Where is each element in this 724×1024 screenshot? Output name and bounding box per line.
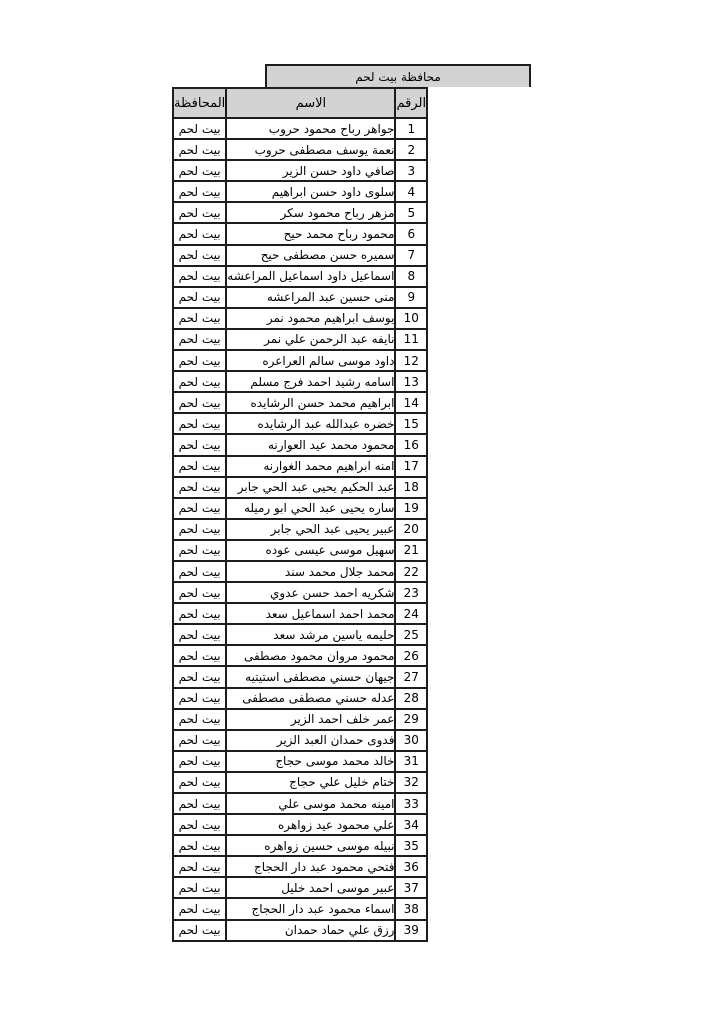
table-row: 26محمود مروان محمود مصطفىبيت لحم xyxy=(173,645,427,666)
column-header-number: الرقم xyxy=(395,88,427,118)
row-governorate: بيت لحم xyxy=(173,371,226,392)
row-name: عبير يحيى عبد الحي جابر xyxy=(226,519,395,540)
table-row: 27جيهان حسني مصطفى استيتيهبيت لحم xyxy=(173,666,427,687)
row-governorate: بيت لحم xyxy=(173,856,226,877)
row-number: 25 xyxy=(395,624,427,645)
row-name: محمد جلال محمد سند xyxy=(226,561,395,582)
row-number: 5 xyxy=(395,202,427,223)
row-number: 29 xyxy=(395,709,427,730)
row-name: اسماعيل داود اسماعيل المراعشه xyxy=(226,266,395,287)
row-number: 15 xyxy=(395,413,427,434)
row-name: مزهر رباح محمود سكر xyxy=(226,202,395,223)
row-name: جواهر رباح محمود حروب xyxy=(226,118,395,139)
row-number: 8 xyxy=(395,266,427,287)
row-number: 20 xyxy=(395,519,427,540)
names-table: الرقم الاسم المحافظة 1جواهر رباح محمود ح… xyxy=(172,87,428,942)
table-row: 13اسامه رشيد احمد فرج مسلمبيت لحم xyxy=(173,371,427,392)
row-name: رزق علي حماد حمدان xyxy=(226,920,395,941)
row-governorate: بيت لحم xyxy=(173,350,226,371)
table-row: 22محمد جلال محمد سندبيت لحم xyxy=(173,561,427,582)
row-number: 9 xyxy=(395,287,427,308)
row-name: محمود مروان محمود مصطفى xyxy=(226,645,395,666)
row-number: 19 xyxy=(395,498,427,519)
row-name: فدوى حمدان العبد الزير xyxy=(226,730,395,751)
row-name: عبير موسى احمد خليل xyxy=(226,877,395,898)
table-row: 14ابراهيم محمد حسن الرشايدهبيت لحم xyxy=(173,392,427,413)
table-row: 36فتحي محمود عبد دار الحجاجبيت لحم xyxy=(173,856,427,877)
row-number: 38 xyxy=(395,898,427,919)
row-name: سلوى داود حسن ابراهيم xyxy=(226,181,395,202)
row-governorate: بيت لحم xyxy=(173,519,226,540)
row-name: نبيله موسى حسين زواهره xyxy=(226,835,395,856)
row-governorate: بيت لحم xyxy=(173,202,226,223)
table-row: 23شكريه احمد حسن عدويبيت لحم xyxy=(173,582,427,603)
row-name: محمود رباح محمد حيح xyxy=(226,223,395,244)
row-number: 1 xyxy=(395,118,427,139)
row-governorate: بيت لحم xyxy=(173,392,226,413)
row-governorate: بيت لحم xyxy=(173,688,226,709)
table-row: 4سلوى داود حسن ابراهيمبيت لحم xyxy=(173,181,427,202)
row-governorate: بيت لحم xyxy=(173,118,226,139)
row-name: محمد احمد اسماعيل سعد xyxy=(226,603,395,624)
table-row: 32ختام خليل علي حجاجبيت لحم xyxy=(173,772,427,793)
row-number: 35 xyxy=(395,835,427,856)
row-name: امنه ابراهيم محمد الغوارنه xyxy=(226,456,395,477)
row-governorate: بيت لحم xyxy=(173,603,226,624)
row-number: 37 xyxy=(395,877,427,898)
row-governorate: بيت لحم xyxy=(173,624,226,645)
row-governorate: بيت لحم xyxy=(173,160,226,181)
row-number: 32 xyxy=(395,772,427,793)
row-name: داود موسى سالم العراعره xyxy=(226,350,395,371)
row-name: سميره حسن مصطفى حيح xyxy=(226,245,395,266)
row-governorate: بيت لحم xyxy=(173,181,226,202)
table-row: 17امنه ابراهيم محمد الغوارنهبيت لحم xyxy=(173,456,427,477)
row-number: 23 xyxy=(395,582,427,603)
table-row: 34علي محمود عيد زواهرهبيت لحم xyxy=(173,814,427,835)
table-row: 18عبد الحكيم يحيى عبد الحي جابربيت لحم xyxy=(173,477,427,498)
row-name: ختام خليل علي حجاج xyxy=(226,772,395,793)
row-governorate: بيت لحم xyxy=(173,645,226,666)
table-header-row: الرقم الاسم المحافظة xyxy=(173,88,427,118)
row-name: اسماء محمود عبد دار الحجاج xyxy=(226,898,395,919)
table-row: 29عمر خلف احمد الزيربيت لحم xyxy=(173,709,427,730)
row-number: 30 xyxy=(395,730,427,751)
row-governorate: بيت لحم xyxy=(173,877,226,898)
row-name: سهيل موسى عيسى عوده xyxy=(226,540,395,561)
row-governorate: بيت لحم xyxy=(173,835,226,856)
row-name: خضره عبدالله عبد الرشايده xyxy=(226,413,395,434)
table-row: 16محمود محمد عيد العوارنهبيت لحم xyxy=(173,434,427,455)
row-governorate: بيت لحم xyxy=(173,308,226,329)
row-name: علي محمود عيد زواهره xyxy=(226,814,395,835)
row-governorate: بيت لحم xyxy=(173,456,226,477)
table-row: 28عدله حسني مصطفى مصطفىبيت لحم xyxy=(173,688,427,709)
row-name: صافي داود حسن الزير xyxy=(226,160,395,181)
row-governorate: بيت لحم xyxy=(173,223,226,244)
row-governorate: بيت لحم xyxy=(173,287,226,308)
row-number: 33 xyxy=(395,793,427,814)
row-name: عبد الحكيم يحيى عبد الحي جابر xyxy=(226,477,395,498)
row-governorate: بيت لحم xyxy=(173,329,226,350)
row-name: عدله حسني مصطفى مصطفى xyxy=(226,688,395,709)
column-header-governorate: المحافظة xyxy=(173,88,226,118)
row-name: فتحي محمود عبد دار الحجاج xyxy=(226,856,395,877)
table-row: 33امينه محمد موسى عليبيت لحم xyxy=(173,793,427,814)
table-row: 21سهيل موسى عيسى عودهبيت لحم xyxy=(173,540,427,561)
table-row: 9منى حسين عبد المراعشهبيت لحم xyxy=(173,287,427,308)
row-governorate: بيت لحم xyxy=(173,540,226,561)
row-name: محمود محمد عيد العوارنه xyxy=(226,434,395,455)
row-governorate: بيت لحم xyxy=(173,751,226,772)
row-name: ساره يحيى عبد الحي ابو رميله xyxy=(226,498,395,519)
row-name: امينه محمد موسى علي xyxy=(226,793,395,814)
row-number: 21 xyxy=(395,540,427,561)
row-governorate: بيت لحم xyxy=(173,582,226,603)
row-name: ابراهيم محمد حسن الرشايده xyxy=(226,392,395,413)
row-number: 14 xyxy=(395,392,427,413)
table-title-cell: محافظة بيت لحم xyxy=(265,64,531,87)
row-number: 3 xyxy=(395,160,427,181)
row-number: 7 xyxy=(395,245,427,266)
row-governorate: بيت لحم xyxy=(173,245,226,266)
row-governorate: بيت لحم xyxy=(173,139,226,160)
row-number: 28 xyxy=(395,688,427,709)
table-row: 1جواهر رباح محمود حروببيت لحم xyxy=(173,118,427,139)
table-row: 24محمد احمد اسماعيل سعدبيت لحم xyxy=(173,603,427,624)
table-row: 39رزق علي حماد حمدانبيت لحم xyxy=(173,920,427,941)
row-governorate: بيت لحم xyxy=(173,814,226,835)
row-governorate: بيت لحم xyxy=(173,709,226,730)
row-number: 10 xyxy=(395,308,427,329)
table-row: 10يوسف ابراهيم محمود نمربيت لحم xyxy=(173,308,427,329)
row-governorate: بيت لحم xyxy=(173,266,226,287)
row-number: 26 xyxy=(395,645,427,666)
row-number: 16 xyxy=(395,434,427,455)
row-number: 6 xyxy=(395,223,427,244)
table-row: 19ساره يحيى عبد الحي ابو رميلهبيت لحم xyxy=(173,498,427,519)
table-row: 11نايفه عبد الرحمن علي نمربيت لحم xyxy=(173,329,427,350)
row-number: 13 xyxy=(395,371,427,392)
row-number: 31 xyxy=(395,751,427,772)
table-row: 30فدوى حمدان العبد الزيربيت لحم xyxy=(173,730,427,751)
row-governorate: بيت لحم xyxy=(173,920,226,941)
row-governorate: بيت لحم xyxy=(173,898,226,919)
row-name: حليمه ياسين مرشد سعد xyxy=(226,624,395,645)
table-row: 12داود موسى سالم العراعرهبيت لحم xyxy=(173,350,427,371)
row-number: 39 xyxy=(395,920,427,941)
table-row: 2نعمة يوسف مصطفى حروببيت لحم xyxy=(173,139,427,160)
row-number: 4 xyxy=(395,181,427,202)
table-row: 25حليمه ياسين مرشد سعدبيت لحم xyxy=(173,624,427,645)
row-number: 2 xyxy=(395,139,427,160)
row-number: 22 xyxy=(395,561,427,582)
row-governorate: بيت لحم xyxy=(173,561,226,582)
table-row: 8اسماعيل داود اسماعيل المراعشهبيت لحم xyxy=(173,266,427,287)
row-name: نايفه عبد الرحمن علي نمر xyxy=(226,329,395,350)
row-number: 18 xyxy=(395,477,427,498)
row-number: 27 xyxy=(395,666,427,687)
row-governorate: بيت لحم xyxy=(173,730,226,751)
row-name: يوسف ابراهيم محمود نمر xyxy=(226,308,395,329)
row-name: عمر خلف احمد الزير xyxy=(226,709,395,730)
row-number: 17 xyxy=(395,456,427,477)
table-row: 37عبير موسى احمد خليلبيت لحم xyxy=(173,877,427,898)
row-number: 36 xyxy=(395,856,427,877)
row-name: اسامه رشيد احمد فرج مسلم xyxy=(226,371,395,392)
row-number: 34 xyxy=(395,814,427,835)
table-row: 7سميره حسن مصطفى حيحبيت لحم xyxy=(173,245,427,266)
row-governorate: بيت لحم xyxy=(173,793,226,814)
row-number: 11 xyxy=(395,329,427,350)
row-name: نعمة يوسف مصطفى حروب xyxy=(226,139,395,160)
table-body: 1جواهر رباح محمود حروببيت لحم2نعمة يوسف … xyxy=(173,118,427,941)
table-row: 35نبيله موسى حسين زواهرهبيت لحم xyxy=(173,835,427,856)
table-row: 20عبير يحيى عبد الحي جابربيت لحم xyxy=(173,519,427,540)
row-number: 24 xyxy=(395,603,427,624)
table-row: 6محمود رباح محمد حيحبيت لحم xyxy=(173,223,427,244)
row-name: منى حسين عبد المراعشه xyxy=(226,287,395,308)
row-governorate: بيت لحم xyxy=(173,434,226,455)
table-row: 5مزهر رباح محمود سكربيت لحم xyxy=(173,202,427,223)
table-row: 31خالد محمد موسى حجاجبيت لحم xyxy=(173,751,427,772)
row-number: 12 xyxy=(395,350,427,371)
row-governorate: بيت لحم xyxy=(173,498,226,519)
row-name: شكريه احمد حسن عدوي xyxy=(226,582,395,603)
row-governorate: بيت لحم xyxy=(173,477,226,498)
row-name: جيهان حسني مصطفى استيتيه xyxy=(226,666,395,687)
table-row: 15خضره عبدالله عبد الرشايدهبيت لحم xyxy=(173,413,427,434)
table-row: 38اسماء محمود عبد دار الحجاجبيت لحم xyxy=(173,898,427,919)
row-name: خالد محمد موسى حجاج xyxy=(226,751,395,772)
row-governorate: بيت لحم xyxy=(173,666,226,687)
table-row: 3صافي داود حسن الزيربيت لحم xyxy=(173,160,427,181)
row-governorate: بيت لحم xyxy=(173,413,226,434)
row-governorate: بيت لحم xyxy=(173,772,226,793)
column-header-name: الاسم xyxy=(226,88,395,118)
